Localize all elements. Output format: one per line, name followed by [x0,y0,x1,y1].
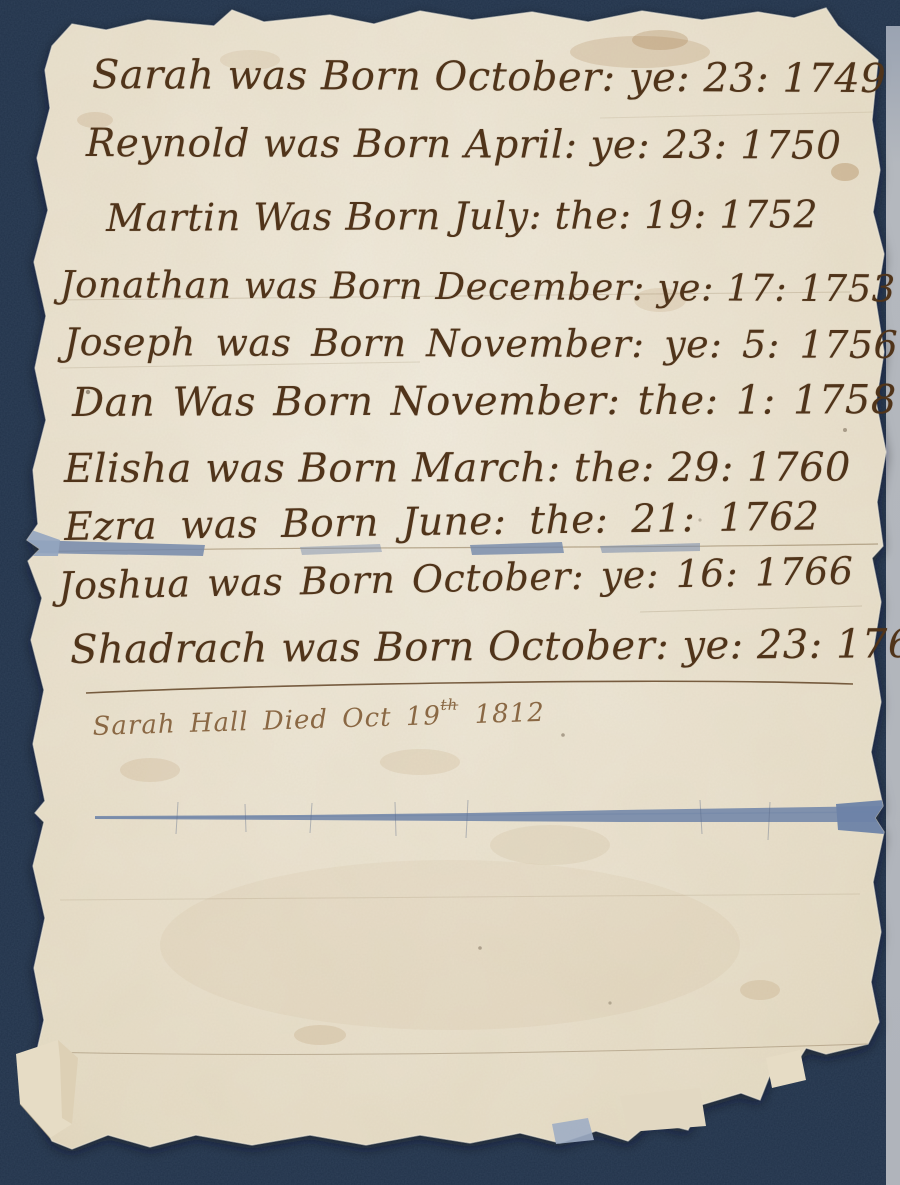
record-line-jonathan: Jonathan was Born December: ye: 17: 1753 [60,266,896,307]
record-line-joseph: Joseph was Born November: ye: 5: 1756 [64,323,898,364]
record-line-elisha: Elisha was Born March: the: 29: 1760 [64,448,851,489]
record-line-dan: Dan Was Born November: the: 1: 1758 [72,380,897,423]
scanned-document: Sarah was Born October: ye: 23: 1749 Rey… [0,0,900,1185]
death-note-year: 1812 [474,698,545,730]
record-line-ezra: Ezra was Born June: the: 21: 1762 [64,497,820,547]
death-note-superscript: th [440,695,458,714]
record-line-shadrach: Shadrach was Born October: ye: 23: 1769 [70,624,900,670]
scan-edge-strip [886,26,900,1185]
record-line-sarah: Sarah was Born October: ye: 23: 1749 [92,55,887,99]
record-line-martin: Martin Was Born July: the: 19: 1752 [106,195,818,237]
record-line-reynold: Reynold was Born April: ye: 23: 1750 [86,124,842,166]
